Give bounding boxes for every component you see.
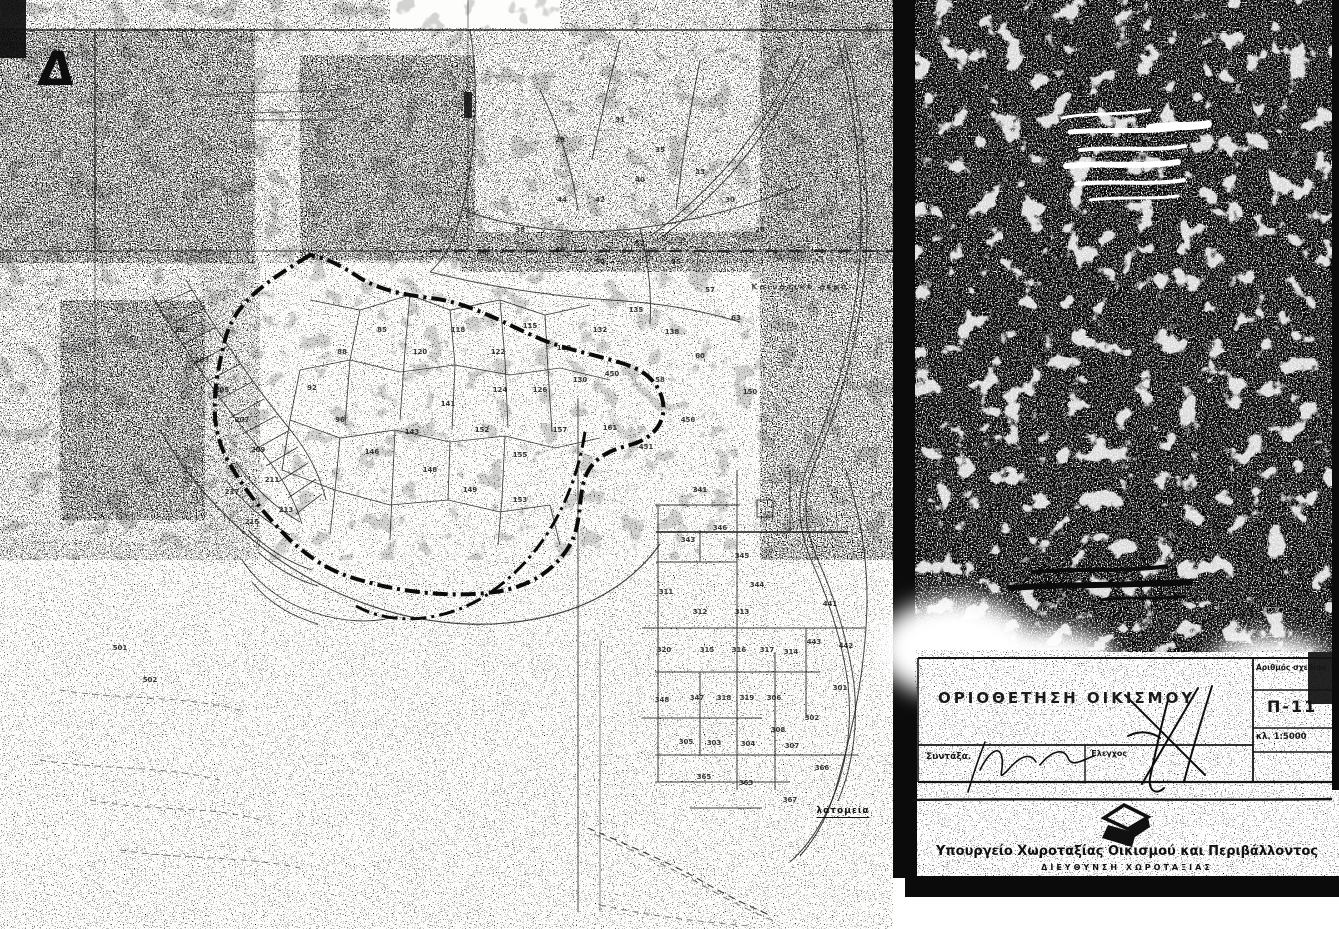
parcel-number: 209 bbox=[251, 446, 266, 454]
parcel-number: 115 bbox=[523, 322, 538, 330]
map-label: Κοινοτικό ρέμα bbox=[751, 283, 849, 292]
parcel-number: 346 bbox=[713, 524, 728, 532]
directorate-name: ΔΙΕΥΘΥΝΣΗ ΧΩΡΟΤΑΞΙΑΣ bbox=[915, 863, 1339, 872]
drawing-number: Π-11 bbox=[1267, 697, 1317, 716]
parcel-number: 50 bbox=[595, 258, 605, 266]
parcel-number: 302 bbox=[805, 714, 820, 722]
right-panel-dark-zone bbox=[878, 0, 1339, 929]
parcel-number: 155 bbox=[513, 451, 528, 459]
parcel-number: 316 bbox=[732, 646, 747, 654]
parcel-number: 150 bbox=[743, 388, 758, 396]
parcel-number: 38 bbox=[515, 226, 525, 234]
parcel-number: 341 bbox=[693, 486, 708, 494]
parcel-number: 138 bbox=[665, 328, 680, 336]
parcel-number: 306 bbox=[767, 694, 782, 702]
parcel-number: 347 bbox=[690, 694, 705, 702]
parcel-number: 46 bbox=[555, 246, 565, 254]
parcel-number: 308 bbox=[771, 726, 786, 734]
parcel-number: 318 bbox=[717, 694, 732, 702]
parcel-number: 366 bbox=[815, 764, 830, 772]
scanned-map-sheet: Δ 45015045645116115715515214114314696928… bbox=[0, 0, 1339, 929]
parcel-number: 132 bbox=[593, 326, 608, 334]
parcel-number: 451 bbox=[639, 443, 654, 451]
parcel-number: 57 bbox=[705, 286, 715, 294]
ministry-name: Υπουργείο Χωροταξίας Οικισμού και Περιβά… bbox=[915, 844, 1339, 859]
parcel-number: 118 bbox=[451, 326, 466, 334]
parcel-number: 501 bbox=[113, 644, 128, 652]
parcel-number: 29 bbox=[555, 136, 565, 144]
parcel-number: 441 bbox=[823, 600, 838, 608]
parcel-number: 314 bbox=[784, 648, 799, 656]
title-block-title: ΟΡΙΟΘΕΤΗΣΗ ΟΙΚΙΣΜΟΥ bbox=[938, 689, 1195, 707]
parcel-number: 141 bbox=[441, 400, 456, 408]
parcel-number: 153 bbox=[513, 496, 528, 504]
parcel-number: 315 bbox=[700, 646, 715, 654]
parcel-number: 443 bbox=[807, 638, 822, 646]
parcel-number: 345 bbox=[735, 552, 750, 560]
parcel-number: 52 bbox=[635, 240, 645, 248]
parcel-number: 143 bbox=[405, 428, 420, 436]
parcel-number: 205 bbox=[215, 386, 230, 394]
parcel-number: 161 bbox=[603, 424, 618, 432]
parcel-number: 152 bbox=[475, 426, 490, 434]
drafted-by-label: Συντάξα. bbox=[926, 752, 971, 762]
parcel-number: 126 bbox=[533, 386, 548, 394]
parcel-number: 305 bbox=[679, 738, 694, 746]
parcel-number: 311 bbox=[659, 588, 674, 596]
parcel-number: 55 bbox=[671, 258, 681, 266]
parcel-number: 363 bbox=[739, 779, 754, 787]
parcel-number: 88 bbox=[337, 348, 347, 356]
checked-by-label: Έλεγχος bbox=[1090, 749, 1127, 758]
parcel-number: 92 bbox=[307, 384, 317, 392]
parcel-number: 317 bbox=[760, 646, 775, 654]
parcel-number: 60 bbox=[695, 352, 705, 360]
parcel-number: 40 bbox=[635, 176, 645, 184]
parcel-number: 28 bbox=[755, 226, 765, 234]
parcel-number: 30 bbox=[725, 196, 735, 204]
parcel-number: 502 bbox=[143, 676, 158, 684]
parcel-number: 120 bbox=[413, 348, 428, 356]
parcel-number: 31 bbox=[615, 116, 625, 124]
parcel-number: 207 bbox=[235, 416, 250, 424]
parcel-number: 85 bbox=[377, 326, 387, 334]
parcel-number: 146 bbox=[365, 448, 380, 456]
parcel-number: 343 bbox=[681, 536, 696, 544]
parcel-number: 215 bbox=[245, 518, 260, 526]
parcel-number: 63 bbox=[731, 314, 741, 322]
parcel-number: 303 bbox=[707, 739, 722, 747]
parcel-number: 307 bbox=[785, 742, 800, 750]
drawing-number-label: Αριθμός σχεδίου bbox=[1256, 663, 1326, 672]
parcel-number: 348 bbox=[655, 696, 670, 704]
parcel-number: 320 bbox=[657, 646, 672, 654]
map-graphics bbox=[0, 0, 1339, 929]
parcel-number: 135 bbox=[629, 306, 644, 314]
parcel-number: 148 bbox=[423, 466, 438, 474]
parcel-number: 367 bbox=[783, 796, 798, 804]
parcel-number: 36 bbox=[477, 248, 487, 256]
parcel-number: 365 bbox=[697, 773, 712, 781]
parcel-number: 201 bbox=[175, 326, 190, 334]
drawing-scale: κλ. 1:5000 bbox=[1256, 732, 1307, 742]
parcel-number: 442 bbox=[839, 642, 854, 650]
parcel-number: 319 bbox=[740, 694, 755, 702]
parcel-number: 203 bbox=[195, 356, 210, 364]
parcel-number: 35 bbox=[655, 146, 665, 154]
parcel-number: 211 bbox=[265, 476, 280, 484]
parcel-number: 301 bbox=[833, 684, 848, 692]
parcel-number: 42 bbox=[595, 196, 605, 204]
parcel-number: 157 bbox=[553, 426, 568, 434]
parcel-number: 58 bbox=[655, 376, 665, 384]
parcel-number: 450 bbox=[605, 370, 620, 378]
map-corner-letter: Δ bbox=[36, 42, 77, 97]
parcel-number: 124 bbox=[493, 386, 508, 394]
parcel-number: 149 bbox=[463, 486, 478, 494]
parcel-number: 128 bbox=[557, 344, 572, 352]
parcel-number: 456 bbox=[681, 416, 696, 424]
parcel-number: 344 bbox=[750, 581, 765, 589]
parcel-number: 96 bbox=[335, 416, 345, 424]
parcel-number: 217 bbox=[225, 488, 240, 496]
parcel-number: 44 bbox=[557, 196, 567, 204]
parcel-number: 33 bbox=[695, 168, 705, 176]
map-label: λατομεία bbox=[816, 806, 869, 818]
parcel-number: 213 bbox=[279, 506, 294, 514]
parcel-number: 313 bbox=[735, 608, 750, 616]
parcel-number: 304 bbox=[741, 740, 756, 748]
parcel-number: 122 bbox=[491, 348, 506, 356]
parcel-number: 130 bbox=[573, 376, 588, 384]
parcel-number: 312 bbox=[693, 608, 708, 616]
